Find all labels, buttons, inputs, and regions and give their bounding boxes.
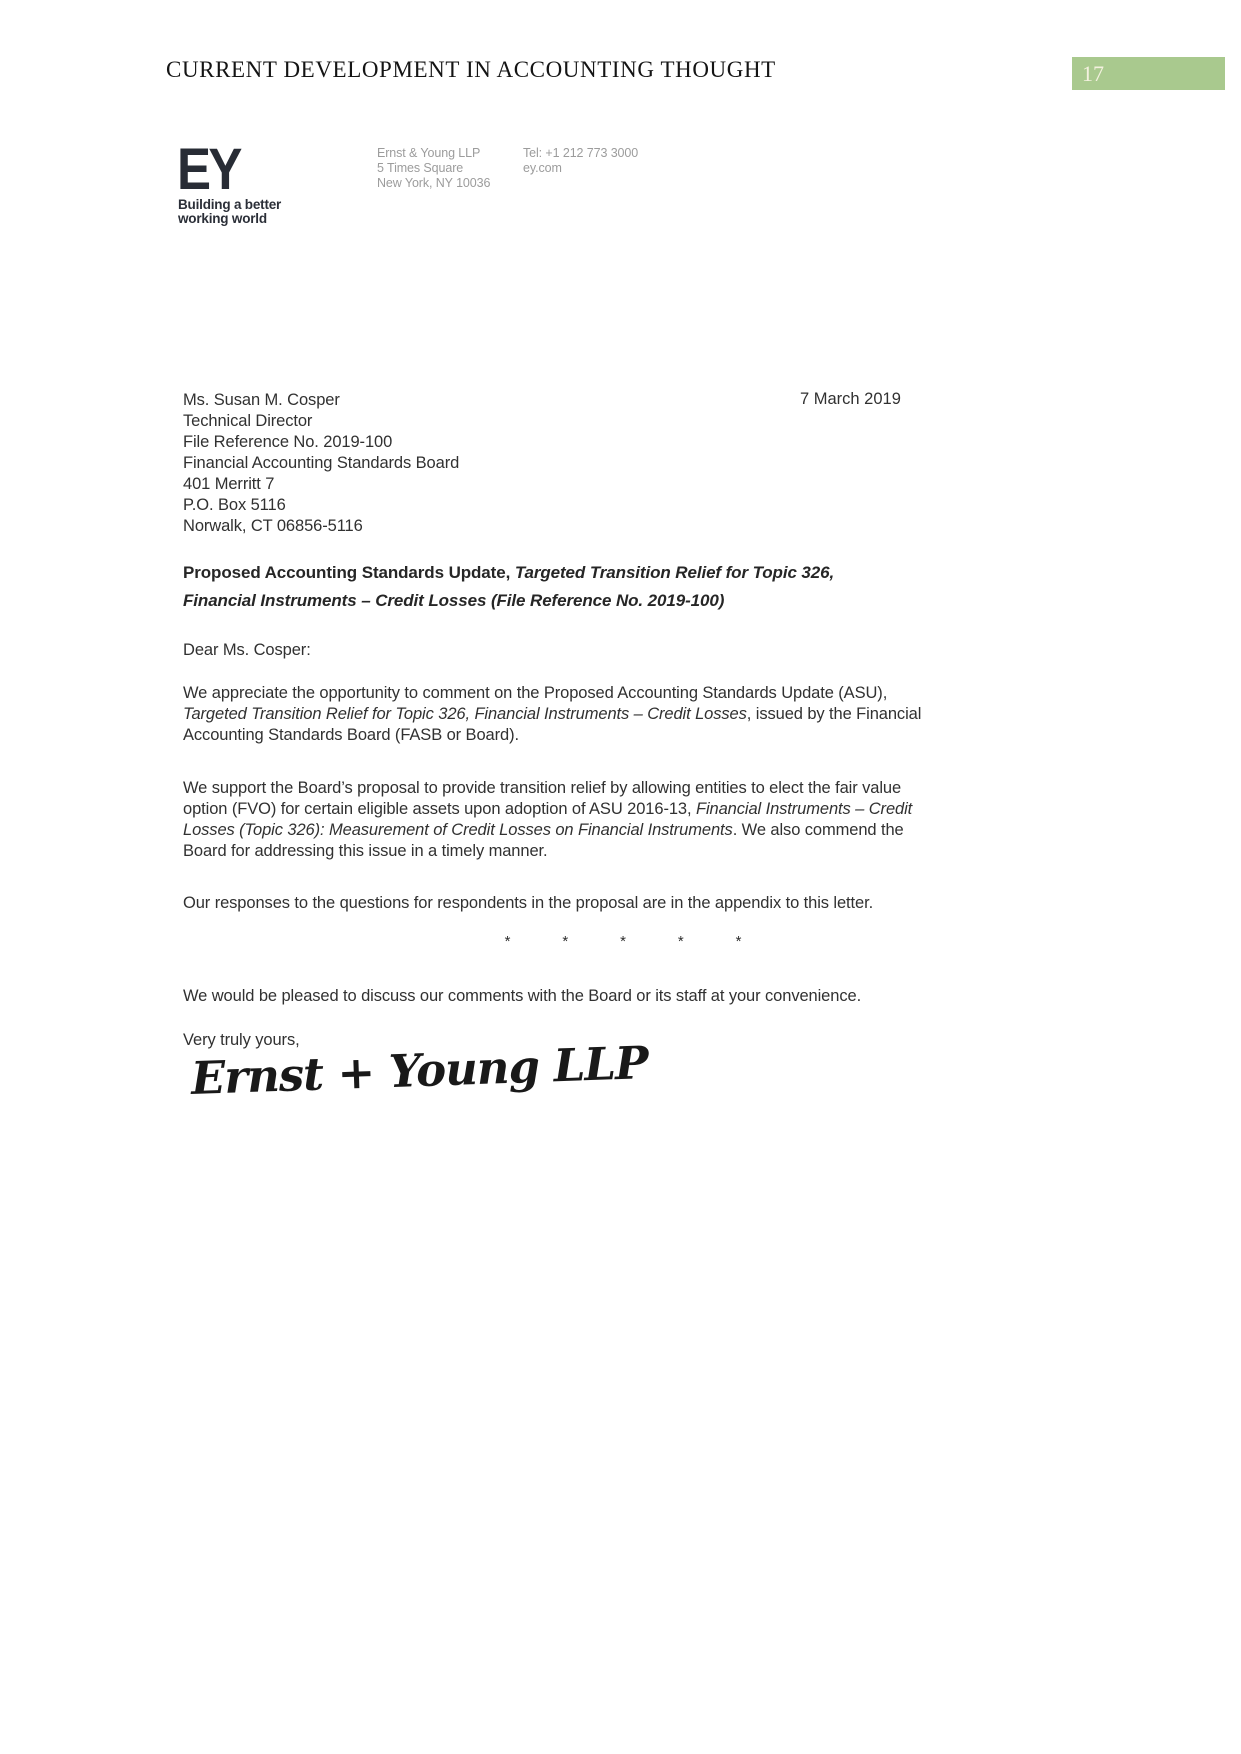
subject-line: Proposed Accounting Standards Update, Ta… xyxy=(183,559,1063,615)
asterisk-separator: ***** xyxy=(183,931,1063,952)
salutation: Dear Ms. Cosper: xyxy=(183,640,1063,661)
page-number-badge: 17 xyxy=(1072,57,1225,90)
paragraph-1: We appreciate the opportunity to comment… xyxy=(183,683,1063,746)
page-number: 17 xyxy=(1082,61,1104,87)
recipient-address-block: Ms. Susan M. CosperTechnical DirectorFil… xyxy=(183,390,1063,537)
paragraph-3: Our responses to the questions for respo… xyxy=(183,893,1063,914)
running-header-title: CURRENT DEVELOPMENT IN ACCOUNTING THOUGH… xyxy=(166,57,776,83)
document-page: CURRENT DEVELOPMENT IN ACCOUNTING THOUGH… xyxy=(0,0,1241,1754)
ey-logo: EY xyxy=(177,141,240,199)
letterhead-firm-address: Ernst & Young LLP5 Times SquareNew York,… xyxy=(377,146,490,191)
ey-tagline: Building a betterworking world xyxy=(178,198,281,226)
paragraph-2: We support the Board’s proposal to provi… xyxy=(183,778,1063,862)
closing-paragraph: We would be pleased to discuss our comme… xyxy=(183,986,1063,1007)
letterhead-contact: Tel: +1 212 773 3000ey.com xyxy=(523,146,638,176)
